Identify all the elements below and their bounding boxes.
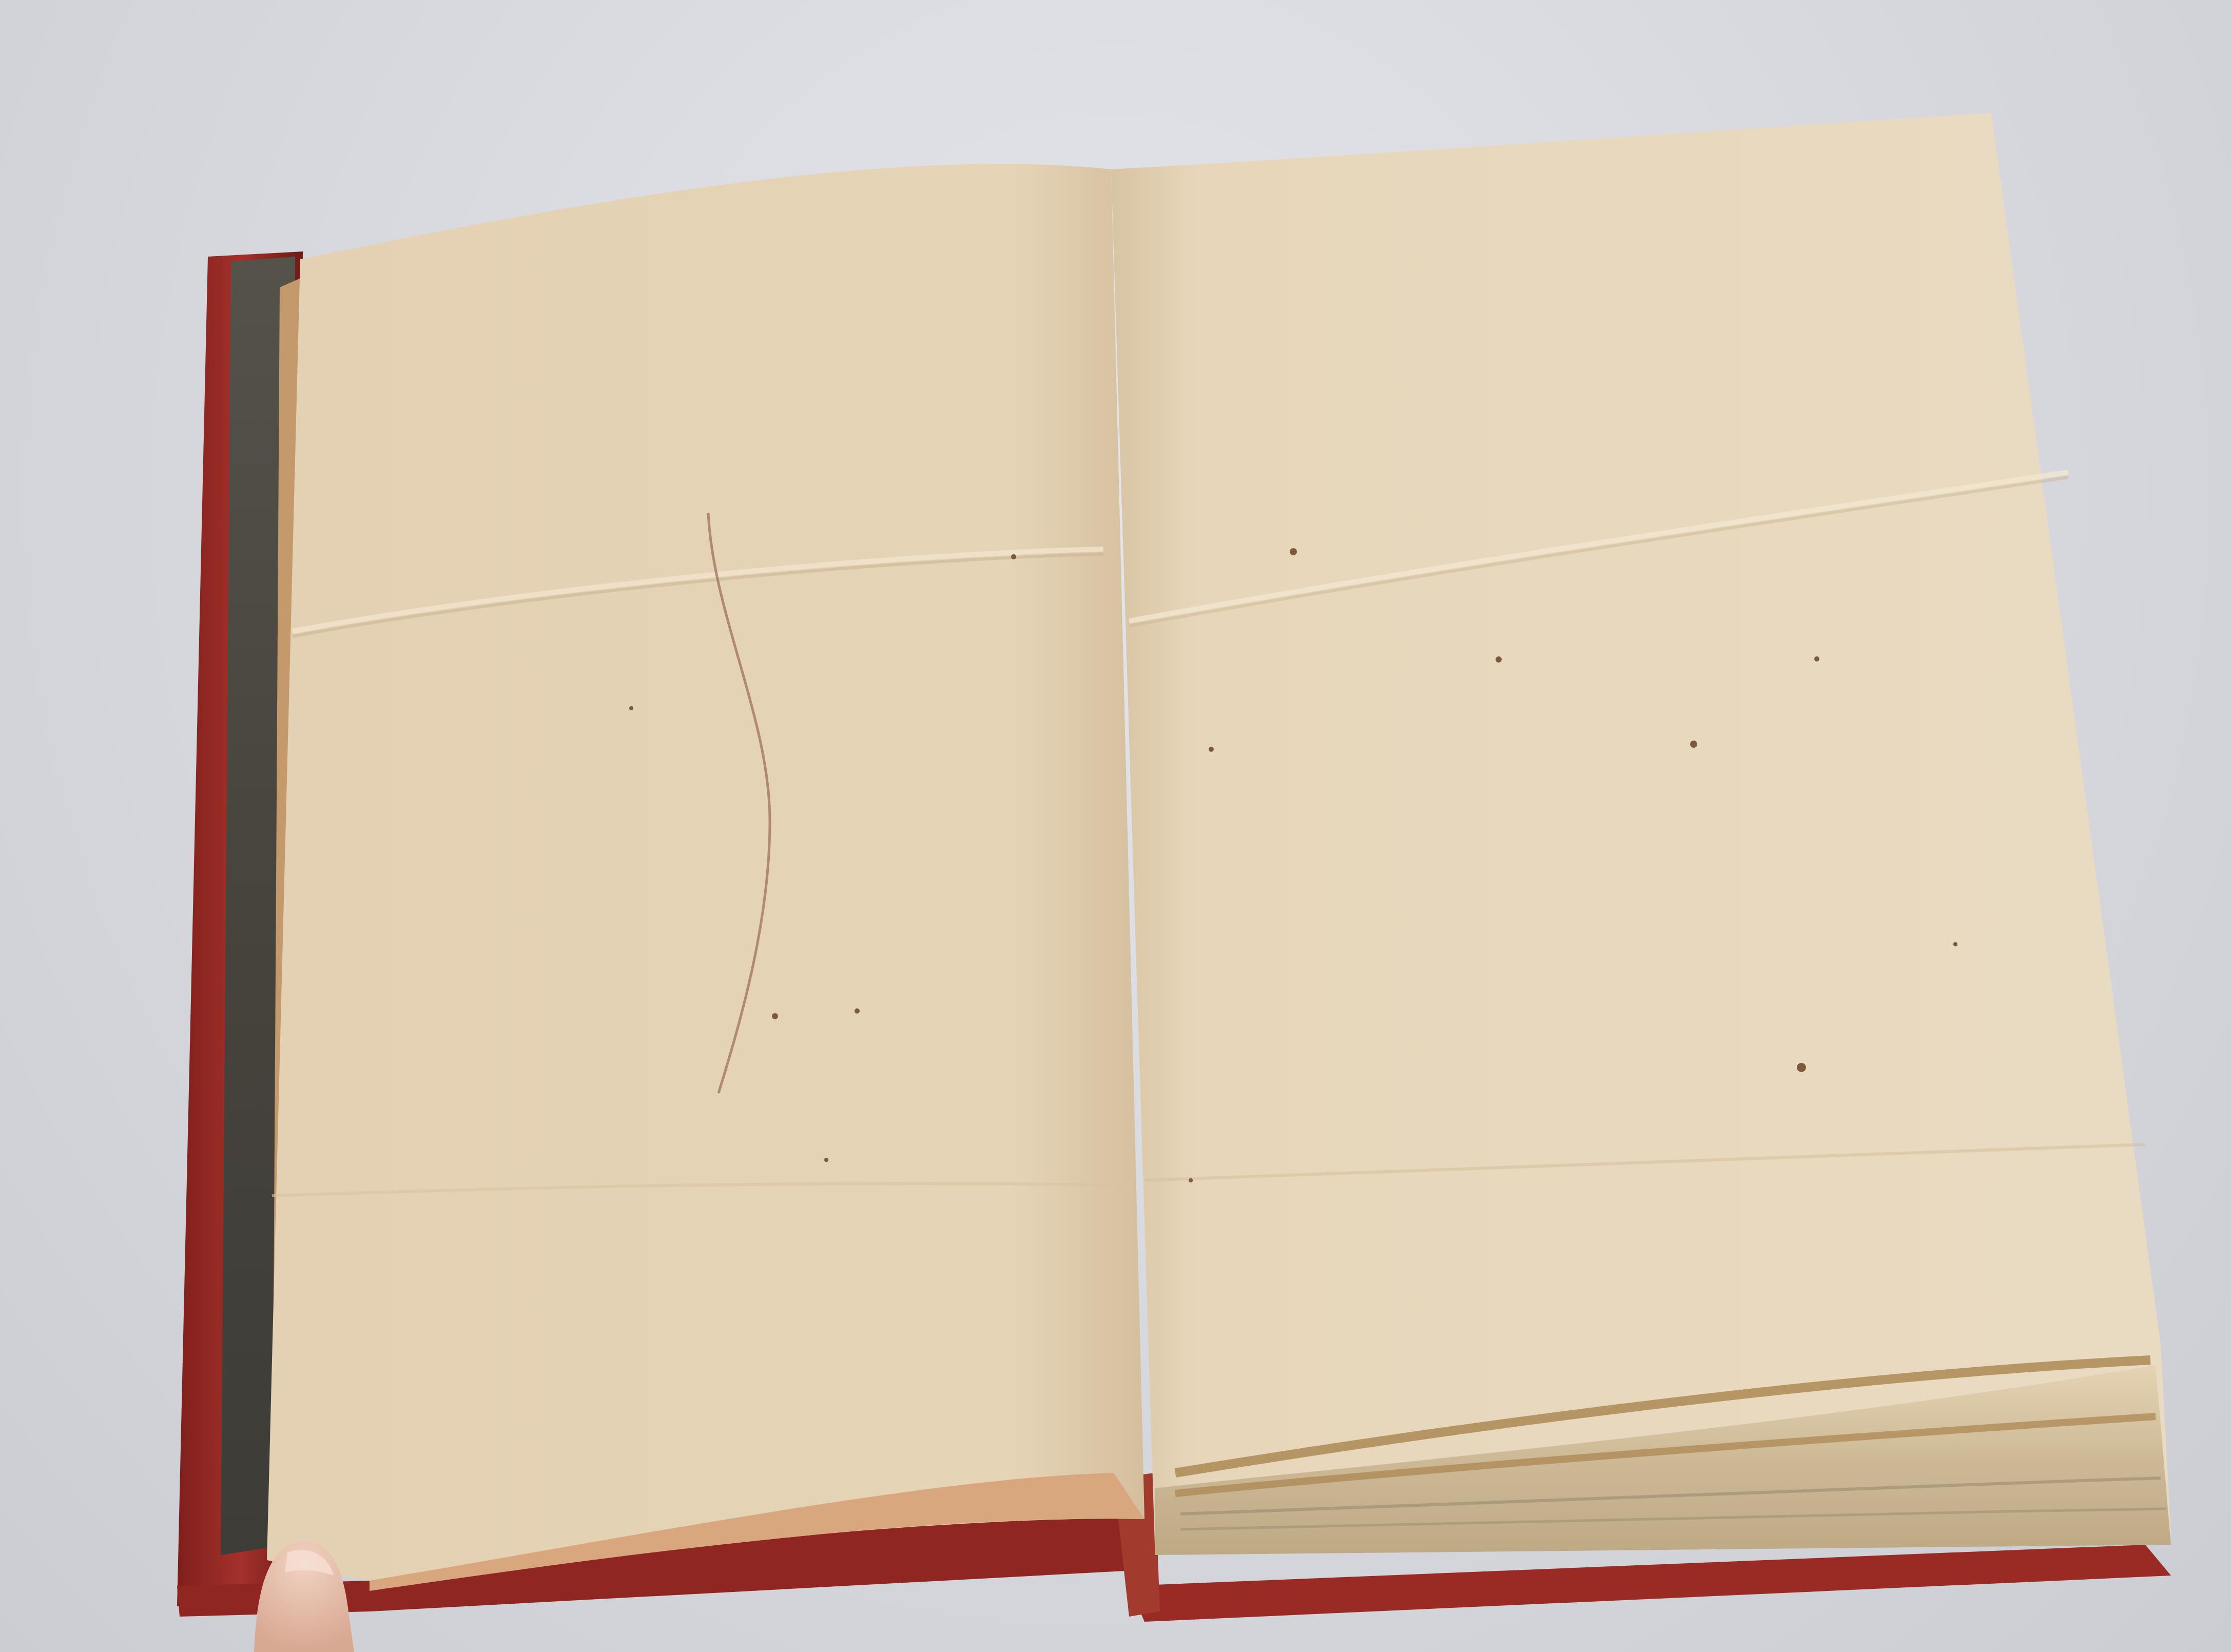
book-photo: [0, 0, 2231, 1652]
left-page: [267, 164, 1144, 1591]
book-illustration: [0, 0, 2231, 1652]
right-page: [1111, 113, 2171, 1545]
